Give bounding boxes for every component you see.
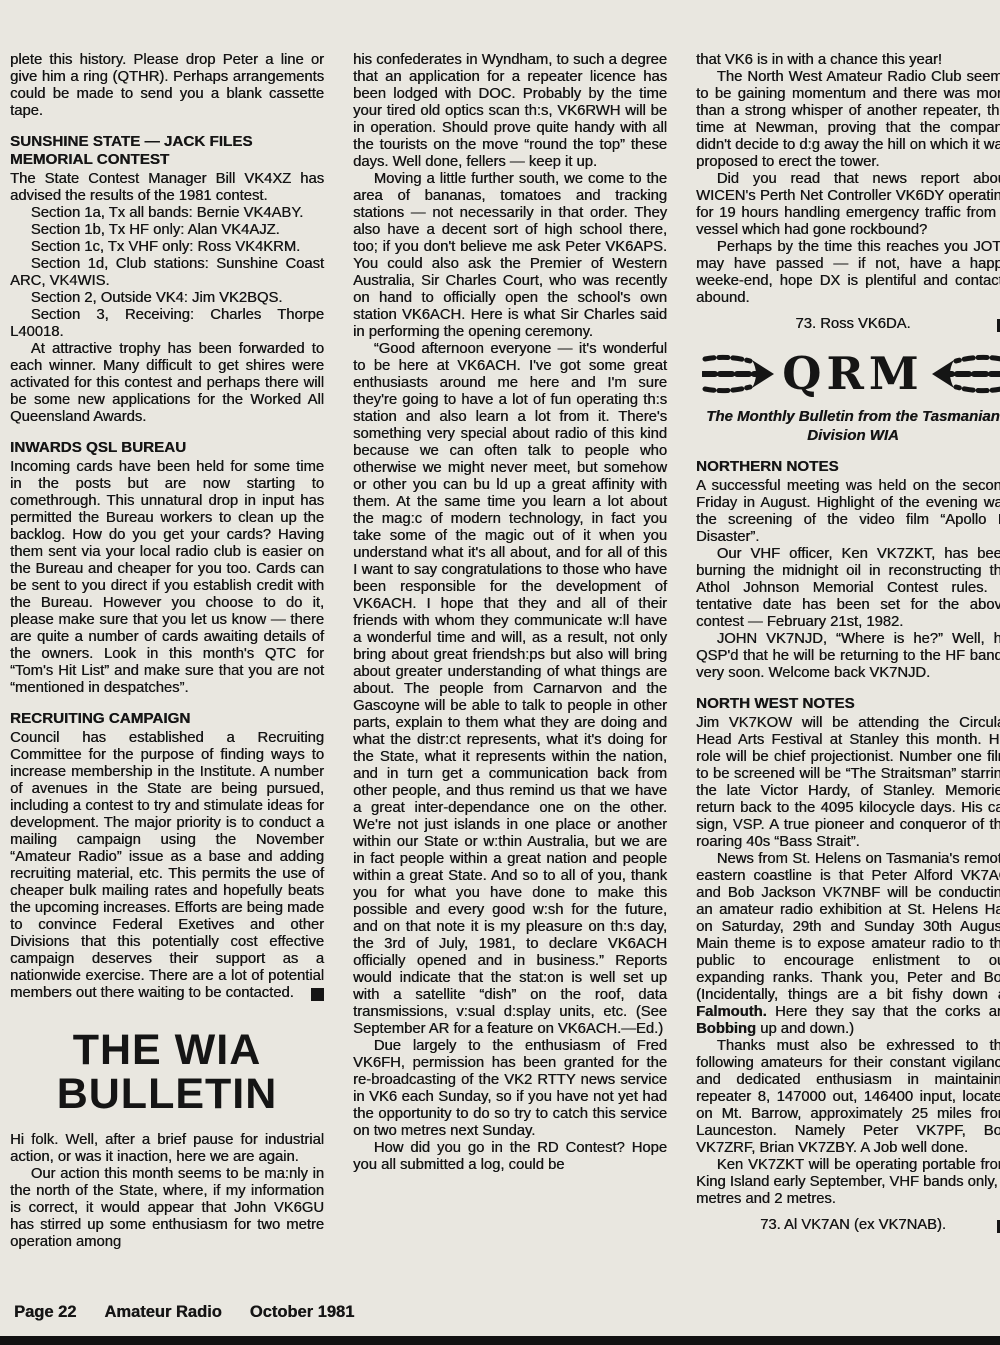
qrm-streaks-left-icon (702, 351, 778, 397)
qrm-logo: QRM (696, 349, 1000, 399)
paragraph: plete this history. Please drop Peter a … (10, 52, 324, 120)
section-heading: NORTHERN NOTES (696, 458, 1000, 476)
footer-issue-date: October 1981 (250, 1303, 355, 1322)
paragraph: At attractive trophy has been forwarded … (10, 341, 324, 426)
column-left: plete this history. Please drop Peter a … (10, 52, 324, 1251)
section-heading: RECRUITING CAMPAIGN (10, 710, 324, 728)
paragraph: Our action this month seems to be ma:nly… (10, 1166, 324, 1251)
qrm-streaks-right-icon (928, 351, 1000, 397)
qrm-subtitle: The Monthly Bulletin from the Tasmanian … (702, 407, 1000, 445)
paragraph: Our VHF officer, Ken VK7ZKT, has been bu… (696, 546, 1000, 631)
paragraph: Council has established a Recruiting Com… (10, 730, 324, 1002)
bold-text: Bobbing (696, 1021, 756, 1037)
section-heading: SUNSHINE STATE — JACK FILES MEMORIAL CON… (10, 133, 324, 169)
paragraph: The North West Amateur Radio Club seems … (696, 69, 1000, 171)
text-run: up and down.) (756, 1021, 854, 1037)
paragraph: News from St. Helens on Tasmania's remot… (696, 851, 1000, 1038)
paragraph: Thanks must also be exhressed to the fol… (696, 1038, 1000, 1157)
paragraph: A successful meeting was held on the sec… (696, 478, 1000, 546)
wia-heading-line: THE WIA (10, 1028, 324, 1072)
signoff-text: 73. Al VK7AN (ex VK7NAB). (760, 1217, 946, 1233)
page-columns: plete this history. Please drop Peter a … (0, 0, 1000, 1251)
paragraph: Perhaps by the time this reaches you JOT… (696, 239, 1000, 307)
paragraph: Section 3, Receiving: Charles Thorpe L40… (10, 307, 324, 341)
wia-heading-line: BULLETIN (10, 1072, 324, 1116)
paragraph: How did you go in the RD Contest? Hope y… (353, 1140, 667, 1174)
footer-page-number: Page 22 (14, 1303, 76, 1322)
paragraph: Section 2, Outside VK4: Jim VK2BQS. (10, 290, 324, 307)
paragraph: Hi folk. Well, after a brief pause for i… (10, 1132, 324, 1166)
column-right: that VK6 is in with a chance this year!T… (696, 52, 1000, 1251)
paragraph: Jim VK7KOW will be attending the Circula… (696, 715, 1000, 851)
wia-bulletin-heading: THE WIABULLETIN (10, 1028, 324, 1116)
paragraph: Incoming cards have been held for some t… (10, 459, 324, 697)
section-heading: NORTH WEST NOTES (696, 695, 1000, 713)
text-run: Here they say that the corks are (767, 1004, 1000, 1020)
magazine-page: { "colors": { "paper": "#e9e7e0", "ink":… (0, 0, 1000, 1345)
paragraph: Did you read that news report about WICE… (696, 171, 1000, 239)
paragraph: The State Contest Manager Bill VK4XZ has… (10, 171, 324, 205)
signoff-line: 73. Ross VK6DA. (696, 316, 1000, 333)
qrm-logo-text: QRM (780, 349, 925, 399)
paragraph: “Good afternoon everyone — it's wonderfu… (353, 341, 667, 1038)
text-run: News from St. Helens on Tasmania's remot… (696, 851, 1000, 1003)
paragraph: that VK6 is in with a chance this year! (696, 52, 1000, 69)
paragraph: his confederates in Wyndham, to such a d… (353, 52, 667, 171)
paragraph: Section 1c, Tx VHF only: Ross VK4KRM. (10, 239, 324, 256)
page-edge-bar (0, 1336, 1000, 1345)
signoff-text: 73. Ross VK6DA. (795, 316, 910, 332)
bold-text: Falmouth. (696, 1004, 767, 1020)
end-of-article-marker (311, 988, 324, 1001)
paragraph: Moving a little further south, we come t… (353, 171, 667, 341)
paragraph: Due largely to the enthusiasm of Fred VK… (353, 1038, 667, 1140)
page-footer: Page 22 Amateur Radio October 1981 (14, 1303, 354, 1322)
paragraph: Section 1d, Club stations: Sunshine Coas… (10, 256, 324, 290)
paragraph: Section 1b, Tx HF only: Alan VK4AJZ. (10, 222, 324, 239)
paragraph: JOHN VK7NJD, “Where is he?” Well, he QSP… (696, 631, 1000, 682)
paragraph: Section 1a, Tx all bands: Bernie VK4ABY. (10, 205, 324, 222)
signoff-line: 73. Al VK7AN (ex VK7NAB). (696, 1217, 1000, 1234)
footer-magazine-title: Amateur Radio (104, 1303, 221, 1322)
section-heading: INWARDS QSL BUREAU (10, 439, 324, 457)
column-middle: his confederates in Wyndham, to such a d… (353, 52, 667, 1251)
paragraph: Ken VK7ZKT will be operating portable fr… (696, 1157, 1000, 1208)
